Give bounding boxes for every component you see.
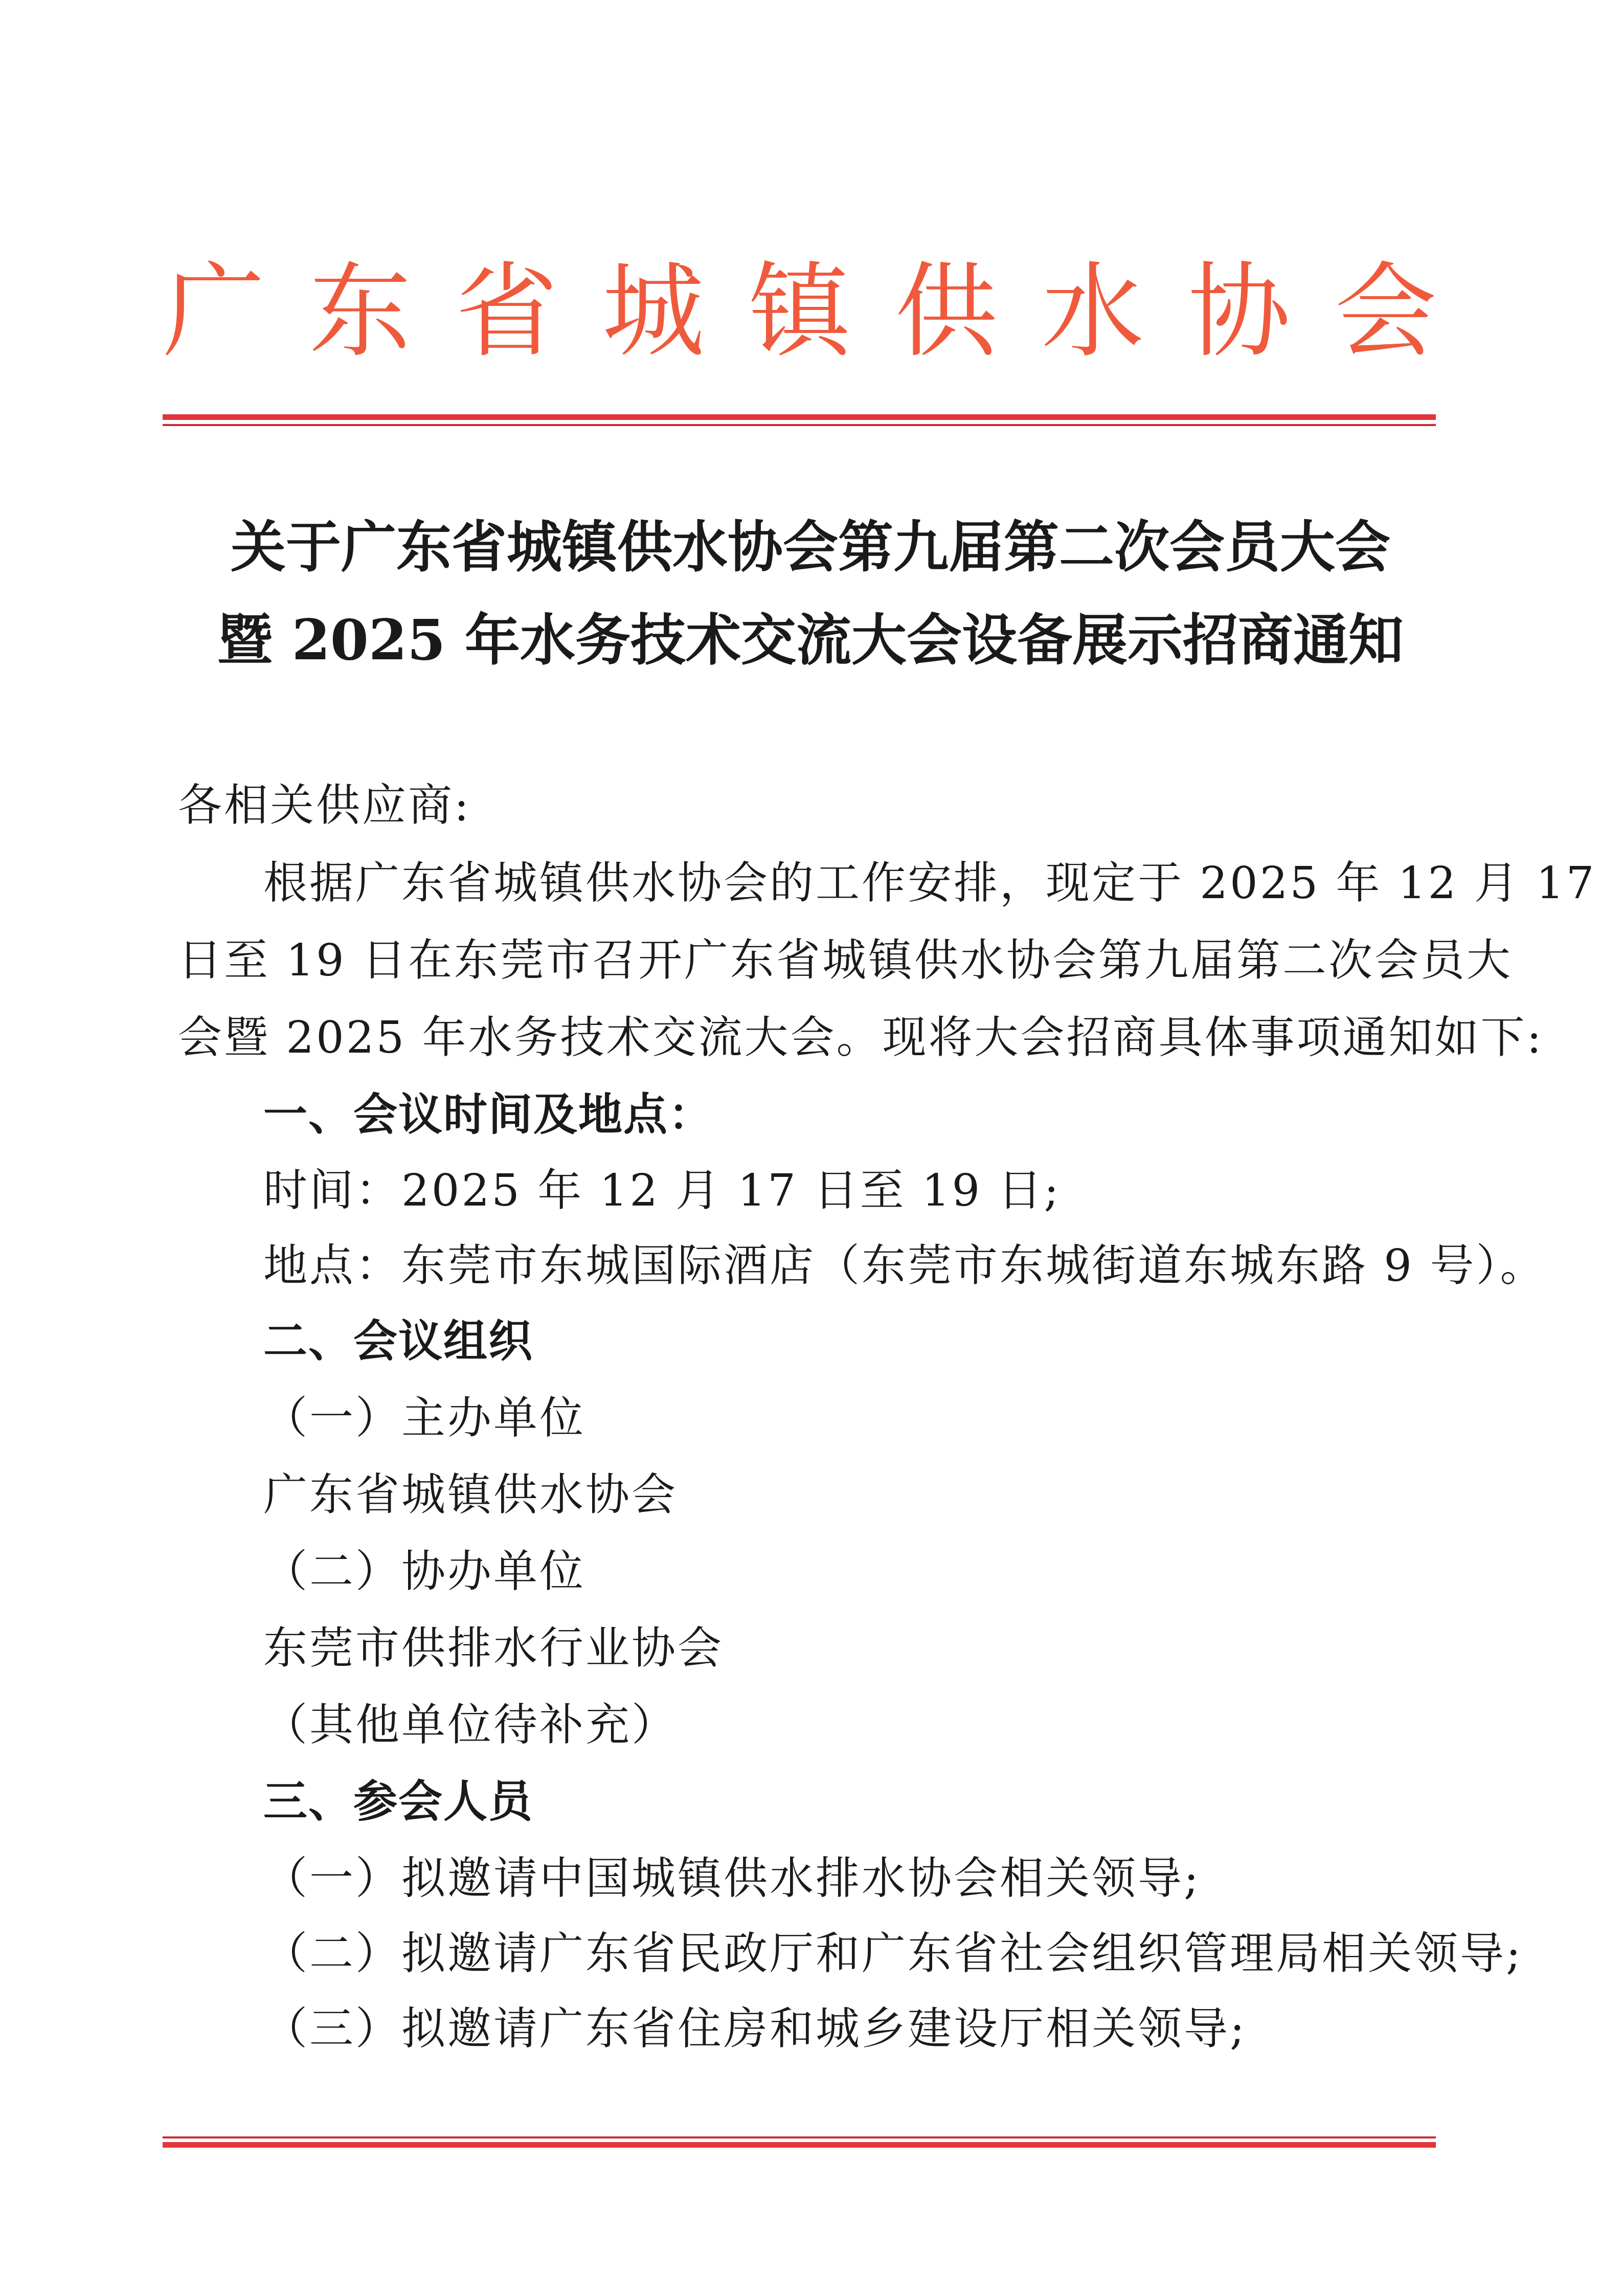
intro-paragraph-line-3: 会暨 2025 年水务技术交流大会。现将大会招商具体事项通知如下:	[178, 1010, 1426, 1066]
letterhead-char: 供	[895, 251, 998, 373]
header-divider-thin	[163, 424, 1436, 426]
attendee-item-3: （三）拟邀请广东省住房和城乡建设厅相关领导;	[263, 2001, 1511, 2057]
section-heading-1: 一、会议时间及地点：	[263, 1087, 1511, 1143]
letterhead-char: 广	[163, 251, 265, 373]
document-page: 广 东 省 城 镇 供 水 协 会 关于广东省城镇供水协会第九届第二次会员大会 …	[0, 0, 1623, 2296]
letterhead-char: 东	[309, 251, 412, 373]
letterhead-char: 水	[1042, 251, 1144, 373]
header-divider-thick	[163, 414, 1436, 420]
organization-letterhead: 广 东 省 城 镇 供 水 协 会	[163, 251, 1437, 373]
salutation: 各相关供应商:	[178, 777, 1426, 834]
footer-divider-thick	[163, 2142, 1436, 2148]
section-heading-3: 三、参会人员	[263, 1774, 1511, 1830]
letterhead-char: 协	[1188, 251, 1291, 373]
intro-paragraph-line-2: 日至 19 日在东莞市召开广东省城镇供水协会第九届第二次会员大	[178, 932, 1426, 989]
co-organizer-subheading: （二）协办单位	[263, 1544, 1511, 1600]
attendee-item-1: （一）拟邀请中国城镇供水排水协会相关领导;	[263, 1851, 1511, 1907]
document-title-line-1: 关于广东省城镇供水协会第九届第二次会员大会	[169, 514, 1452, 581]
intro-paragraph-line-1: 根据广东省城镇供水协会的工作安排，现定于 2025 年 12 月 17	[263, 855, 1427, 911]
meeting-time: 时间：2025 年 12 月 17 日至 19 日;	[263, 1163, 1511, 1219]
organizer-subheading: （一）主办单位	[263, 1390, 1511, 1446]
footer-divider-thin	[163, 2136, 1436, 2138]
document-title-line-2: 暨 2025 年水务技术交流大会设备展示招商通知	[169, 607, 1452, 674]
meeting-location: 地点：东莞市东城国际酒店（东莞市东城街道东城东路 9 号）。	[263, 1238, 1511, 1294]
letterhead-char: 会	[1335, 251, 1437, 373]
section-heading-2: 二、会议组织	[263, 1313, 1511, 1370]
letterhead-char: 城	[602, 251, 705, 373]
attendee-item-2: （二）拟邀请广东省民政厅和广东省社会组织管理局相关领导;	[263, 1926, 1511, 1982]
organizer-name: 广东省城镇供水协会	[263, 1467, 1511, 1523]
letterhead-char: 省	[456, 251, 558, 373]
co-organizer-name: 东莞市供排水行业协会	[263, 1620, 1511, 1677]
letterhead-char: 镇	[749, 251, 851, 373]
other-units-note: （其他单位待补充）	[263, 1697, 1511, 1753]
